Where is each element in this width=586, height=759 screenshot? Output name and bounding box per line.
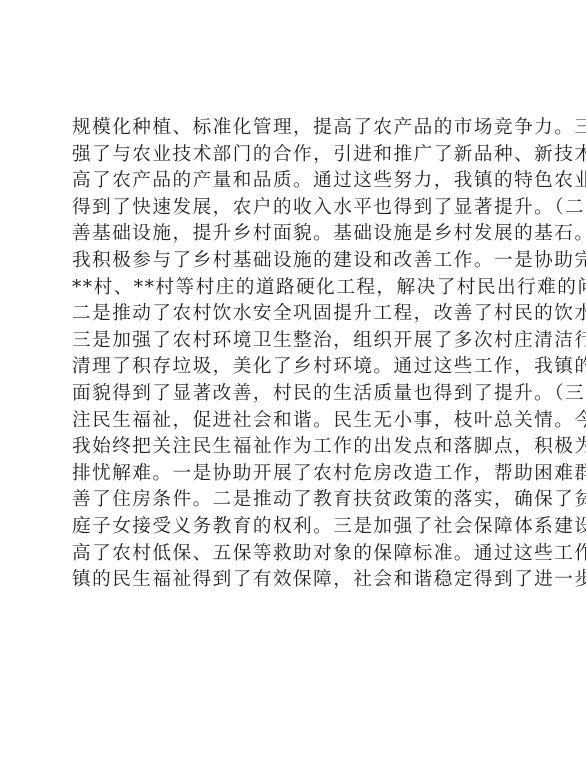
- text-line: 清理了积存垃圾，美化了乡村环境。通过这些工作，我镇的乡村: [72, 354, 542, 381]
- text-line: 得到了快速发展，农户的收入水平也得到了显著提升。（二）改: [72, 195, 542, 222]
- text-line: 排忧解难。一是协助开展了农村危房改造工作，帮助困难群众改: [72, 461, 542, 488]
- text-line: 善基础设施，提升乡村面貌。基础设施是乡村发展的基石。今年，: [72, 221, 542, 248]
- text-line: 面貌得到了显著改善，村民的生活质量也得到了提升。（三）关: [72, 381, 542, 408]
- text-line: **村、**村等村庄的道路硬化工程，解决了村民出行难的问题。: [72, 275, 542, 302]
- text-line: 高了农产品的产量和品质。通过这些努力，我镇的特色农业产业: [72, 168, 542, 195]
- document-page: 规模化种植、标准化管理，提高了农产品的市场竞争力。三是加 强了与农业技术部门的合…: [0, 0, 586, 759]
- text-line: 三是加强了农村环境卫生整治，组织开展了多次村庄清洁行动，: [72, 328, 542, 355]
- text-line: 庭子女接受义务教育的权利。三是加强了社会保障体系建设，提: [72, 514, 542, 541]
- text-line: 高了农村低保、五保等救助对象的保障标准。通过这些工作，我: [72, 541, 542, 568]
- text-line: 善了住房条件。二是推动了教育扶贫政策的落实，确保了贫困家: [72, 487, 542, 514]
- body-paragraph: 规模化种植、标准化管理，提高了农产品的市场竞争力。三是加 强了与农业技术部门的合…: [72, 115, 542, 594]
- text-line: 强了与农业技术部门的合作，引进和推广了新品种、新技术，提: [72, 142, 542, 169]
- text-line: 我始终把关注民生福祉作为工作的出发点和落脚点，积极为群众: [72, 434, 542, 461]
- text-line: 镇的民生福祉得到了有效保障，社会和谐稳定得到了进一步巩固。: [72, 567, 542, 594]
- text-line: 二是推动了农村饮水安全巩固提升工程，改善了村民的饮水条件。: [72, 301, 542, 328]
- text-line: 规模化种植、标准化管理，提高了农产品的市场竞争力。三是加: [72, 115, 542, 142]
- text-line: 注民生福祉，促进社会和谐。民生无小事，枝叶总关情。今年，: [72, 408, 542, 435]
- text-line: 我积极参与了乡村基础设施的建设和改善工作。一是协助完成了: [72, 248, 542, 275]
